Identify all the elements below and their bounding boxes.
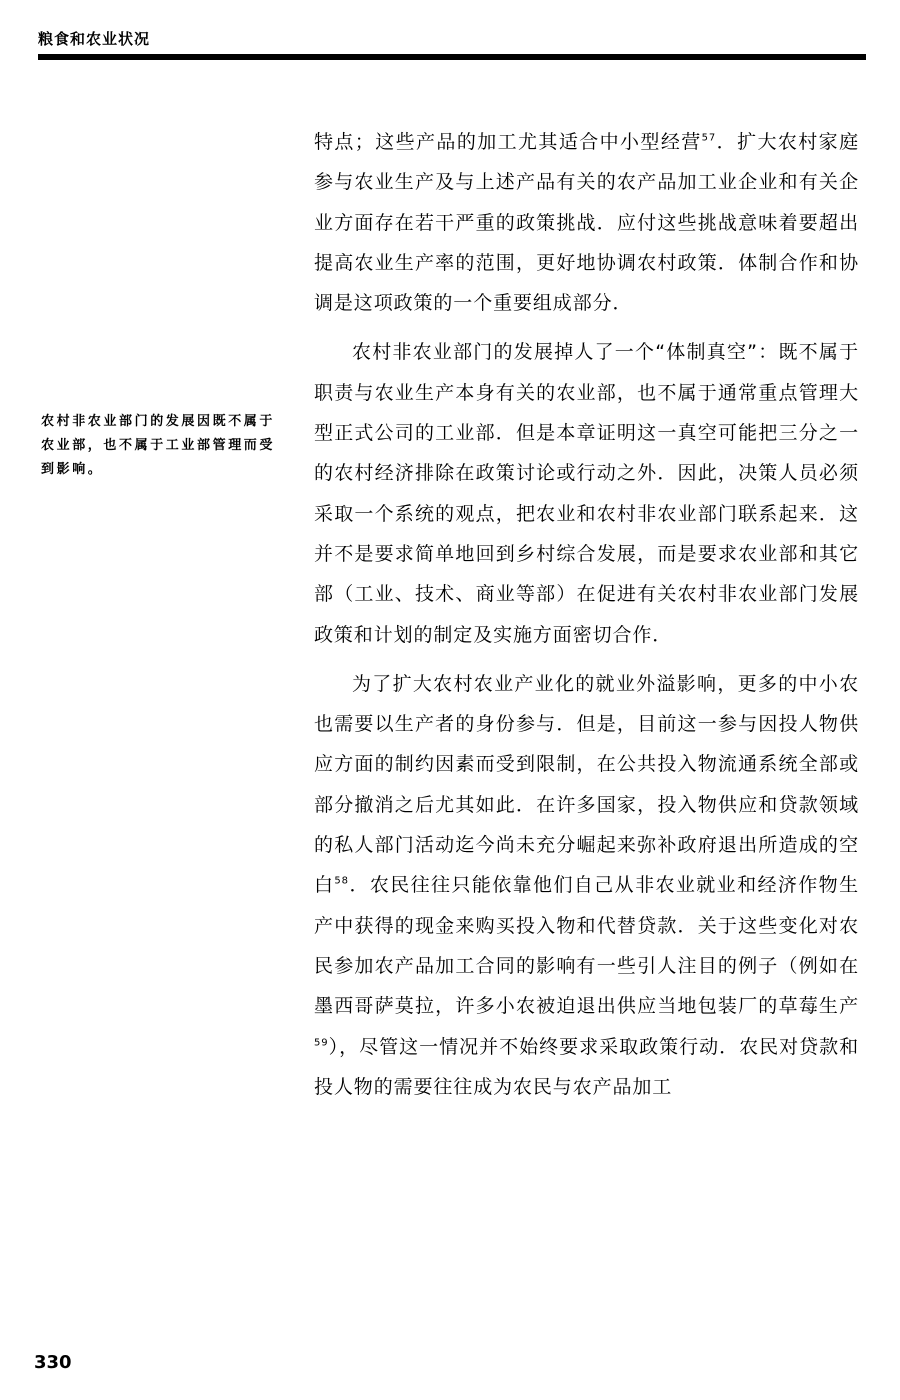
- paragraph-3-text-b: ．农民往往只能依靠他们自己从非农业就业和经济作物生产中获得的现金来购买投入物和代…: [314, 874, 859, 1017]
- paragraph-1-text-b: ．扩大农村家庭参与农业生产及与上述产品有关的农产品加工业企业和有关企业方面存在若…: [314, 131, 859, 314]
- paragraph-3: 为了扩大农村农业产业化的就业外溢影响，更多的中小农也需要以生产者的身份参与．但是…: [314, 664, 859, 1107]
- paragraph-2: 农村非农业部门的发展掉人了一个“体制真空”：既不属于职责与农业生产本身有关的农业…: [314, 332, 859, 654]
- paragraph-3-text-c: ），尽管这一情况并不始终要求采取政策行动．农民对贷款和投人物的需要往往成为农民与…: [314, 1036, 859, 1098]
- main-text-column: 特点；这些产品的加工尤其适合中小型经营57．扩大农村家庭参与农业生产及与上述产品…: [314, 122, 859, 1107]
- paragraph-3-text-a: 为了扩大农村农业产业化的就业外溢影响，更多的中小农也需要以生产者的身份参与．但是…: [314, 673, 859, 896]
- header-rule: [38, 54, 866, 60]
- page-number: 330: [34, 1352, 72, 1373]
- running-head-title: 粮食和农业状况: [38, 28, 150, 49]
- footnote-ref-59: 59: [314, 1037, 329, 1048]
- paragraph-1: 特点；这些产品的加工尤其适合中小型经营57．扩大农村家庭参与农业生产及与上述产品…: [314, 122, 859, 323]
- footnote-ref-57: 57: [702, 133, 717, 144]
- paragraph-1-text-a: 特点；这些产品的加工尤其适合中小型经营: [314, 131, 702, 153]
- footnote-ref-58: 58: [334, 876, 349, 887]
- margin-note: 农村非农业部门的发展因既不属于农业部，也不属于工业部管理而受到影响。: [41, 410, 277, 482]
